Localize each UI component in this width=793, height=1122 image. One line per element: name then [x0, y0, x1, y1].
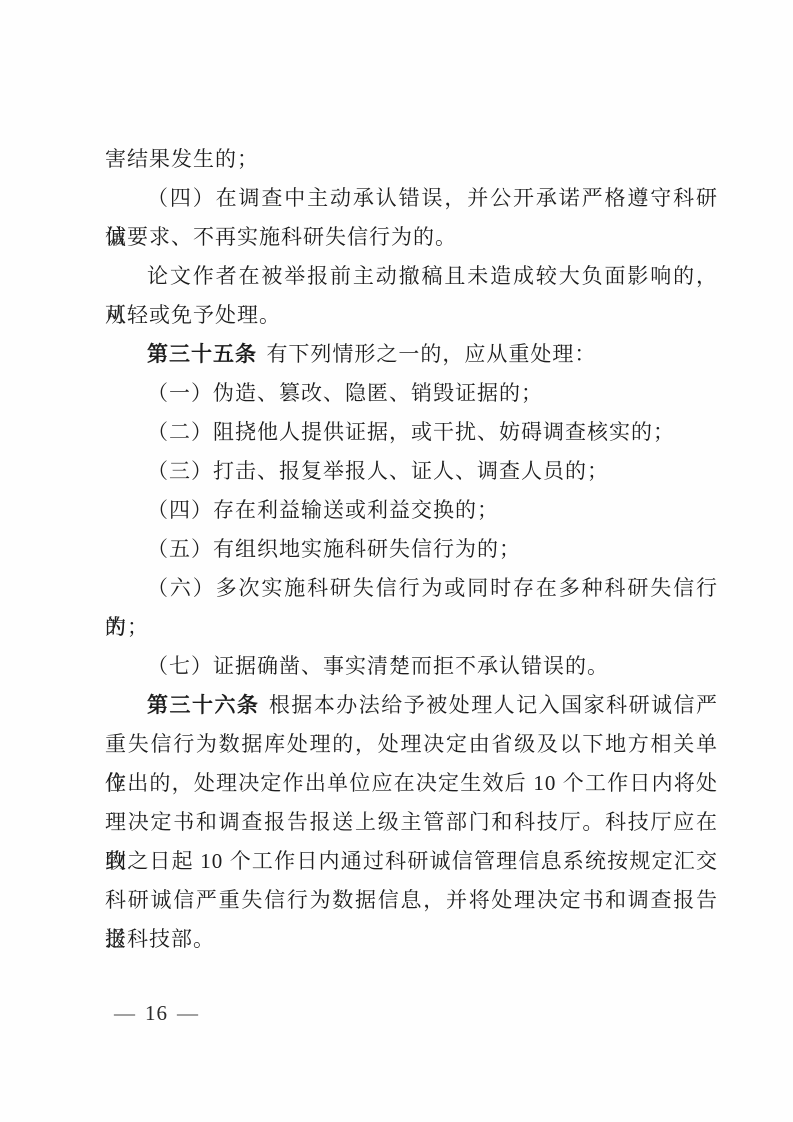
document-page: 害结果发生的；（四）在调查中主动承认错误，并公开承诺严格遵守科研诚信要求、不再实…: [0, 0, 793, 1122]
text-line: （五）有组织地实施科研失信行为的；: [105, 530, 718, 569]
text-line: 第三十六条根据本办法给予被处理人记入国家科研诚信严: [105, 686, 718, 725]
footer-page-number: 16: [145, 999, 168, 1027]
text-line: （一）伪造、篡改、隐匿、销毁证据的；: [105, 374, 718, 413]
article-number: 第三十六条: [147, 694, 259, 717]
text-line: 的；: [105, 608, 718, 647]
text-line: （二）阻挠他人提供证据，或干扰、妨碍调查核实的；: [105, 413, 718, 452]
text-line: （七）证据确凿、事实清楚而拒不承认错误的。: [105, 647, 718, 686]
text-line: （三）打击、报复举报人、证人、调查人员的；: [105, 452, 718, 491]
text-line: （六）多次实施科研失信行为或同时存在多种科研失信行为: [105, 569, 718, 608]
article-number: 第三十五条: [147, 343, 257, 366]
document-lines: 害结果发生的；（四）在调查中主动承认错误，并公开承诺严格遵守科研诚信要求、不再实…: [105, 140, 718, 959]
page-footer: — 16 —: [114, 999, 199, 1027]
text-line: 到之日起 10 个工作日内通过科研诚信管理信息系统按规定汇交: [105, 842, 718, 881]
text-line: 重失信行为数据库处理的，处理决定由省级及以下地方相关单位: [105, 725, 718, 764]
text-line: 从轻或免予处理。: [105, 296, 718, 335]
footer-dash-right: —: [177, 999, 199, 1027]
text-line: 作出的，处理决定作出单位应在决定生效后 10 个工作日内将处: [105, 764, 718, 803]
text-line: 科研诚信严重失信行为数据信息，并将处理决定书和调查报告报: [105, 881, 718, 920]
text-line: （四）在调查中主动承认错误，并公开承诺严格遵守科研诚: [105, 179, 718, 218]
text-line: 理决定书和调查报告报送上级主管部门和科技厅。科技厅应在收: [105, 803, 718, 842]
footer-dash-left: —: [114, 999, 136, 1027]
text-line: 害结果发生的；: [105, 140, 718, 179]
text-line: 第三十五条有下列情形之一的，应从重处理：: [105, 335, 718, 374]
text-line: 信要求、不再实施科研失信行为的。: [105, 218, 718, 257]
text-line: 论文作者在被举报前主动撤稿且未造成较大负面影响的，可: [105, 257, 718, 296]
text-line: （四）存在利益输送或利益交换的；: [105, 491, 718, 530]
text-line: 送科技部。: [105, 920, 718, 959]
